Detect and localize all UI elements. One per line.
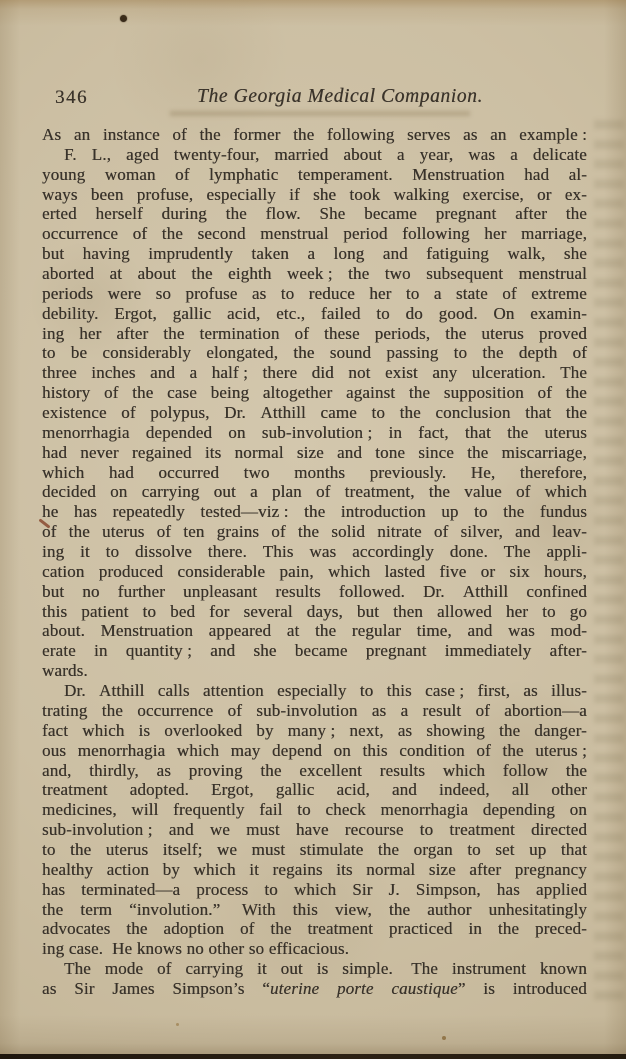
text-line: ingcase. Heknowsnoothersoefficacious. [42,939,587,959]
text-line: erateinquantity ;andshebecamepregnantimm… [42,641,587,661]
text-line: waysbeenprofuse,especiallyifshetookwalki… [42,185,587,205]
page-number: 346 [55,87,88,109]
text-line: debility.Ergot,gallicacid,etc.,failedtod… [42,304,587,324]
text-line: hadneverregaineditsnormalsizeandtonesinc… [42,443,587,463]
text-line: healthyactionbywhichitregainsitsnormalsi… [42,860,587,880]
text-line: Dr.Atthillcallsattentionespeciallytothis… [42,681,587,701]
text-line: hasterminated—aprocesstowhichSirJ.Simpso… [42,880,587,900]
text-line: asSirJamesSimpson’s“uterineportecaustiqu… [42,979,587,999]
journal-title: The Georgia Medical Companion. [197,86,483,108]
text-line: periodsweresoprofuseastoreducehertoastat… [42,284,587,304]
text-line: tratingtheoccurrenceofsub-involutionasar… [42,701,587,721]
text-line: youngwomanoflymphatictemperament.Menstru… [42,165,587,185]
text-line: buthavingimprudentlytakenalongandfatigui… [42,244,587,264]
text-line: factwhichisoverlookedbymany ;next,asshow… [42,721,587,741]
text-line: menorrhagiadependedonsub-involution ;inf… [42,423,587,443]
text-line: whichhadoccurredtwomonthspreviously.He,t… [42,463,587,483]
text-line: totheuterusitself;wemuststimulatetheorga… [42,840,587,860]
text-line: cationproducedconsiderablepain,whichlast… [42,562,587,582]
text-line: hehasrepeatedlytested—viz :theintroducti… [42,502,587,522]
text-line: treatmentadopted.Ergot,gallicacid,andind… [42,780,587,800]
paper-speck [442,1036,446,1040]
text-line: existenceofpolypus,Dr.Atthillcametotheco… [42,403,587,423]
text-line: Themodeofcarryingitoutissimple. Theinstr… [42,959,587,979]
text-line: F.L.,agedtwenty-four,marriedaboutayear,w… [42,145,587,165]
text-line: ertedherselfduringtheflow.Shebecamepregn… [42,204,587,224]
reverse-side-text-bleed [594,120,624,1000]
paper-speck [176,1023,179,1026]
text-line: tobeconsiderablyelongated,thesoundpassin… [42,343,587,363]
text-line: medicines,willfrequentlyfailtocheckmenor… [42,800,587,820]
text-line: Asaninstanceoftheformerthefollowingserve… [42,125,587,145]
scanned-book-page: 346 The Georgia Medical Companion. Asani… [0,0,626,1059]
text-line: historyofthecasebeingaltogetheragainstth… [42,383,587,403]
text-line: theterm“involution.” Withthisview,theaut… [42,900,587,920]
text-line: sub-involution ;andwemusthaverecoursetot… [42,820,587,840]
text-line: wards. [42,661,587,681]
text-line: butnofurtherunpleasantresultsfollowed.Dr… [42,582,587,602]
page-bottom-edge-shadow [0,1054,626,1059]
text-line: oftheuterusoftengrainsofthesolidnitrateo… [42,522,587,542]
page-body-text: Asaninstanceoftheformerthefollowingserve… [42,125,587,999]
text-line: ingittodissolvethere.Thiswasaccordinglyd… [42,542,587,562]
text-line: about.Menstruationappearedattheregularti… [42,621,587,641]
ink-spot [120,15,127,22]
text-line: occurrenceofthesecondmenstrualperiodfoll… [42,224,587,244]
text-line: ousmenorrhagiawhichmaydependonthiscondit… [42,741,587,761]
text-line: threeinchesandahalf ;theredidnotexistany… [42,363,587,383]
page-header: 346 The Georgia Medical Companion. [42,86,587,112]
text-line: ingheraftertheterminationoftheseperiods,… [42,324,587,344]
text-line: advocatestheadoptionofthetreatmentpracti… [42,919,587,939]
text-line: and,thirdly,asprovingtheexcellentresults… [42,761,587,781]
text-line: thispatienttobedforseveraldays,butthenal… [42,602,587,622]
text-line: abortedatabouttheeighthweek ;thetwosubse… [42,264,587,284]
text-line: decidedoncarryingoutaplanoftreatment,the… [42,482,587,502]
